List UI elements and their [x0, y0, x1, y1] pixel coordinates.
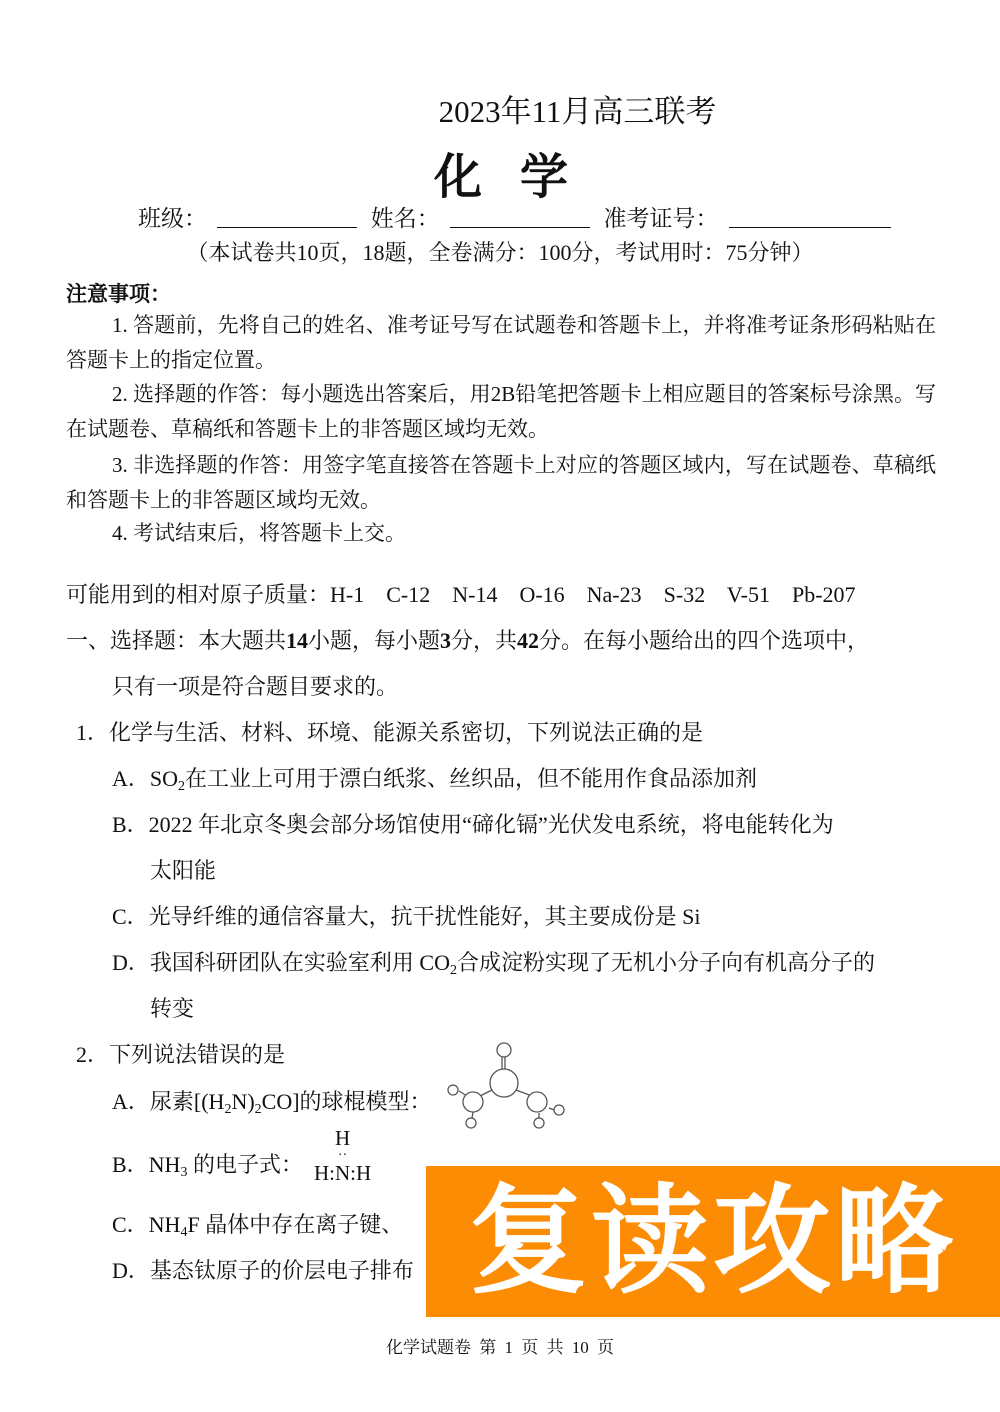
question-2-option-b: B．NH3 的电子式： [112, 1148, 303, 1179]
subject-title: 化学 [0, 138, 1000, 207]
question-1-option-a: A．SO2在工业上可用于漂白纸浆、丝织品，但不能用作食品添加剂 [112, 762, 757, 793]
subscript: 2 [255, 1102, 262, 1117]
option-text: N) [231, 1089, 254, 1114]
exam-id-label: 准考证号： [604, 206, 719, 231]
subscript: 2 [450, 963, 457, 978]
subscript: 2 [178, 779, 185, 794]
option-text: C．NH [112, 1212, 180, 1237]
section-header: 一、选择题：本大题共14小题，每小题3分，共42分。在每小题给出的四个选项中， [66, 624, 869, 655]
total-points: 42 [517, 628, 539, 653]
option-text: B．NH [112, 1152, 180, 1177]
name-field[interactable] [450, 205, 590, 228]
question-1-stem: 1．化学与生活、材料、环境、能源关系密切，下列说法正确的是 [76, 716, 703, 747]
section-mid2: 分，共 [451, 628, 517, 653]
name-label: 姓名： [371, 206, 440, 231]
section-prefix: 一、选择题：本大题共 [66, 628, 286, 653]
student-info-row: 班级： 姓名： 准考证号： [138, 200, 899, 233]
question-count: 14 [286, 628, 308, 653]
option-text: 合成淀粉实现了无机小分子向有机高分子的 [457, 950, 875, 975]
note-item-3: 3. 非选择题的作答：用签字笔直接答在答题卡上对应的答题区域内，写在试题卷、草稿… [66, 448, 936, 518]
notes-title: 注意事项： [66, 278, 171, 308]
option-text: A．SO [112, 766, 178, 791]
points-each: 3 [440, 628, 451, 653]
question-2-option-d: D．基态钛原子的价层电子排布 [112, 1254, 414, 1285]
question-1-option-c: C．光导纤维的通信容量大，抗干扰性能好，其主要成份是 Si [112, 900, 701, 931]
note-item-4: 4. 考试结束后，将答题卡上交。 [66, 516, 936, 551]
question-2-stem: 2．下列说法错误的是 [76, 1038, 285, 1069]
class-field[interactable] [217, 205, 357, 228]
atomic-masses-label: 可能用到的相对原子质量： [66, 582, 330, 607]
question-1-option-b: B．2022 年北京冬奥会部分场馆使用“碲化镉”光伏发电系统，将电能转化为 [112, 808, 834, 839]
question-2-option-a: A．尿素[(H2N)2CO]的球棍模型： [112, 1085, 432, 1116]
lewis-top-h: H [314, 1128, 371, 1149]
section-mid1: 小题，每小题 [308, 628, 440, 653]
nh3-lewis-structure: H ·· H:N:H [314, 1128, 371, 1184]
exam-meta: （本试卷共10页，18题，全卷满分：100分，考试用时：75分钟） [0, 236, 1000, 267]
watermark-banner: 复读攻略 [426, 1166, 1000, 1317]
option-text: D．我国科研团队在实验室利用 CO [112, 950, 450, 975]
question-1-option-d: D．我国科研团队在实验室利用 CO2合成淀粉实现了无机小分子向有机高分子的 [112, 946, 875, 977]
option-text: F 晶体中存在离子键、 [187, 1212, 403, 1237]
page-footer: 化学试题卷 第 1 页 共 10 页 [0, 1333, 1000, 1358]
question-1-option-b-cont: 太阳能 [150, 854, 216, 885]
atomic-masses-values: H-1 C-12 N-14 O-16 Na-23 S-32 V-51 Pb-20… [330, 582, 856, 607]
note-item-1: 1. 答题前，先将自己的姓名、准考证号写在试题卷和答题卡上，并将准考证条形码粘贴… [66, 308, 936, 378]
lewis-bottom-row: H:N:H [314, 1163, 371, 1184]
exam-id-field[interactable] [729, 205, 891, 228]
option-text: 在工业上可用于漂白纸浆、丝织品，但不能用作食品添加剂 [185, 766, 757, 791]
section-suffix: 分。在每小题给出的四个选项中， [539, 628, 869, 653]
note-item-2: 2. 选择题的作答：每小题选出答案后，用2B铅笔把答题卡上相应题目的答案标号涂黑… [66, 377, 936, 447]
option-text: A．尿素[(H [112, 1089, 224, 1114]
section-header-line2: 只有一项是符合题目要求的。 [112, 670, 398, 701]
question-1-option-d-cont: 转变 [150, 992, 194, 1023]
option-text: 的电子式： [187, 1152, 303, 1177]
atomic-masses: 可能用到的相对原子质量：H-1 C-12 N-14 O-16 Na-23 S-3… [66, 578, 856, 609]
question-2-option-c: C．NH4F 晶体中存在离子键、 [112, 1208, 403, 1239]
urea-ball-stick-model-icon [440, 1040, 580, 1130]
option-text: CO]的球棍模型： [262, 1089, 432, 1114]
class-label: 班级： [138, 206, 207, 231]
exam-title: 2023年11月高三联考 [0, 86, 1000, 131]
